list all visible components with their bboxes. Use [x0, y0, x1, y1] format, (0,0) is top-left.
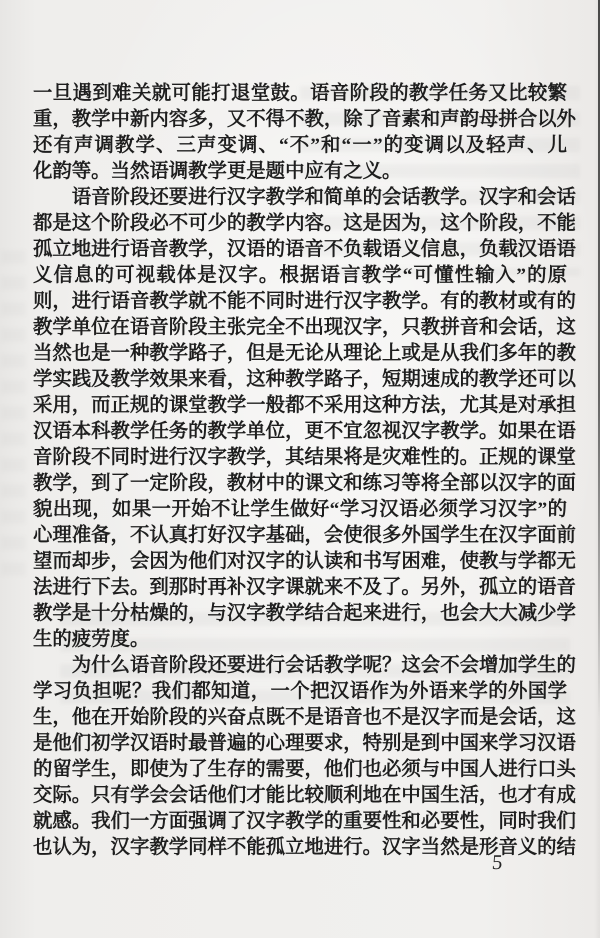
text-line: 义信息的可视载体是汉字。根据语言教学“可懂性输入”的原 — [33, 263, 567, 289]
text-line: 貌出现，如果一开始不让学生做好“学习汉语必须学习汉字”的 — [33, 497, 567, 523]
text-line: 也认为，汉字教学同样不能孤立地进行。汉字当然是形音义的结 — [33, 835, 567, 861]
text-line: 汉语本科教学任务的教学单位，更不宜忽视汉字教学。如果在语 — [33, 419, 567, 445]
text-line: 当然也是一种教学路子，但是无论从理论上或是从我们多年的教 — [33, 341, 567, 367]
show-through-texture — [0, 250, 26, 580]
text-line: 孤立地进行语音教学，汉语的语音不负载语义信息，负载汉语语 — [33, 237, 567, 263]
text-line: 化韵等。当然语调教学更是题中应有之义。 — [33, 159, 567, 185]
text-line: 教学是十分枯燥的，与汉字教学结合起来进行，也会大大减少学 — [33, 601, 567, 627]
text-line: 的留学生，即使为了生存的需要，他们也必须与中国人进行口头 — [33, 757, 567, 783]
text-line: 生的疲劳度。 — [33, 627, 567, 653]
text-line: 交际。只有学会会话他们才能比较顺利地在中国生活，也才有成 — [33, 783, 567, 809]
text-line: 就感。我们一方面强调了汉字教学的重要性和必要性，同时我们 — [33, 809, 567, 835]
page-number: 5 — [491, 850, 523, 875]
text-line: 生，他在开始阶段的兴奋点既不是语音也不是汉字而是会话，这 — [33, 705, 567, 731]
text-line: 则，进行语音教学就不能不同时进行汉字教学。有的教材或有的 — [33, 289, 567, 315]
text-line: 音阶段不同时进行汉字教学，其结果将是灾难性的。正规的课堂 — [33, 445, 567, 471]
text-line: 望而却步，会因为他们对汉字的认读和书写困难，使教与学都无 — [33, 549, 567, 575]
text-line: 都是这个阶段必不可少的教学内容。这是因为，这个阶段，不能 — [33, 211, 567, 237]
body-text: 一旦遇到难关就可能打退堂鼓。语音阶段的教学任务又比较繁重，教学中新内容多，又不得… — [33, 81, 567, 861]
text-line: 法进行下去。到那时再补汉字课就来不及了。另外，孤立的语音 — [33, 575, 567, 601]
text-line: 重，教学中新内容多，又不得不教，除了音素和声韵母拼合以外 — [33, 107, 567, 133]
text-line: 采用，而正规的课堂教学一般都不采用这种方法，尤其是对承担 — [33, 393, 567, 419]
text-line: 学习负担呢？我们都知道，一个把汉语作为外语来学的外国学 — [33, 679, 567, 705]
book-page: 一旦遇到难关就可能打退堂鼓。语音阶段的教学任务又比较繁重，教学中新内容多，又不得… — [0, 0, 600, 938]
text-line: 为什么语音阶段还要进行会话教学呢？这会不会增加学生的 — [33, 653, 567, 679]
text-line: 心理准备，不认真打好汉字基础，会使很多外国学生在汉字面前 — [33, 523, 567, 549]
text-line: 是他们初学汉语时最普遍的心理要求，特别是到中国来学习汉语 — [33, 731, 567, 757]
text-line: 语音阶段还要进行汉字教学和简单的会话教学。汉字和会话 — [33, 185, 567, 211]
text-line: 学实践及教学效果来看，这种教学路子，短期速成的教学还可以 — [33, 367, 567, 393]
text-line: 一旦遇到难关就可能打退堂鼓。语音阶段的教学任务又比较繁 — [33, 81, 567, 107]
text-line: 教学，到了一定阶段，教材中的课文和练习等将全部以汉字的面 — [33, 471, 567, 497]
text-line: 还有声调教学、三声变调、“不”和“一”的变调以及轻声、儿 — [33, 133, 567, 159]
text-line: 教学单位在语音阶段主张完全不出现汉字，只教拼音和会话，这 — [33, 315, 567, 341]
